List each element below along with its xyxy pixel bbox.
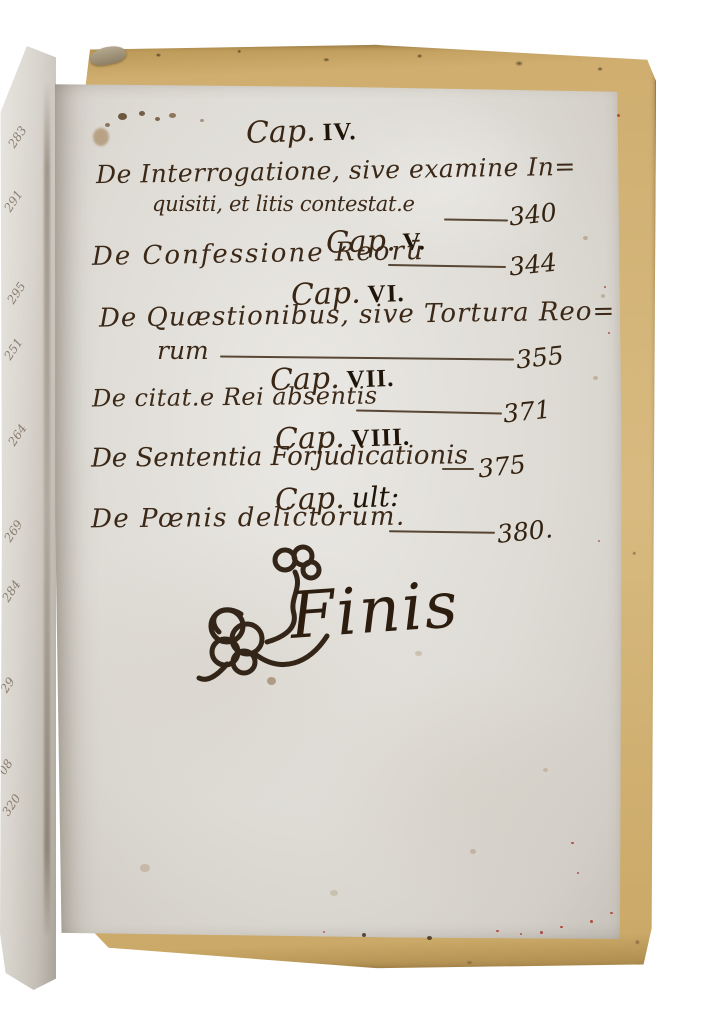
finis-word: Finis [288,568,462,654]
gutter-crease [44,82,50,934]
entry-page-number: 344 [508,248,558,282]
red-speckle [590,920,593,923]
edge-page-number: 320 [0,792,24,819]
red-speckle [520,933,522,935]
red-speckle [560,926,563,928]
stain [93,128,109,146]
edge-page-number: 291 [1,188,25,215]
entry-title-line: De Sententia Forjudicationis [91,441,468,473]
ink-blot [105,123,110,127]
red-speckle [496,930,499,932]
ink-blot [362,933,366,937]
entry-page-number: 340 [508,198,558,232]
red-speckle [610,912,613,914]
red-speckle [617,114,620,117]
ink-blot [139,111,145,116]
ink-blot [427,936,432,940]
stain [601,294,605,298]
entry-title-line: rum [157,337,209,365]
stain [583,236,588,240]
stain [470,849,476,854]
ink-blot [155,117,160,121]
stain [330,890,338,896]
red-speckle [571,842,574,844]
entry-title-line: De citat.e Rei absentis [92,383,378,412]
stain [267,677,276,685]
ink-blot [118,113,127,120]
entry-title-line: De Confessione Reorū [92,237,425,271]
edge-page-number: 251 [1,336,25,363]
edge-page-number: 264 [5,422,29,449]
edge-page-number: 283 [5,124,29,151]
red-speckle [323,931,325,933]
ink-blot [200,119,204,122]
red-speckle [598,540,600,542]
edge-page-number: 284 [0,578,24,605]
cap-numeral: IV. [322,118,357,147]
stain [543,768,548,772]
edge-page-number: 269 [1,518,25,545]
dot-leader-line [442,468,474,470]
red-speckle [540,931,543,934]
stain [415,651,422,656]
edge-page-number: 29 [0,675,18,695]
edge-page-number: 08 [0,757,16,777]
cap-word: Cap. [245,114,316,151]
chapter-heading: Cap. IV. [245,112,357,151]
manuscript-photo: 283 291 295 251 264 269 284 29 08 320 Ca… [0,0,713,1024]
entry-title-line: De Pœnis delictorum. [91,503,406,534]
red-speckle [604,286,606,288]
entry-title-line: quisiti, et litis contestat.e [152,193,415,216]
entry-page-number: 355 [515,341,565,375]
entry-page-number: 380. [496,514,554,549]
stain [140,864,150,872]
entry-page-number: 375 [477,450,527,484]
ink-blot [169,113,176,118]
red-speckle [577,872,579,874]
stain [593,376,598,380]
red-speckle [608,332,610,334]
edge-page-number: 295 [4,280,28,307]
entry-page-number: 371 [502,395,552,429]
